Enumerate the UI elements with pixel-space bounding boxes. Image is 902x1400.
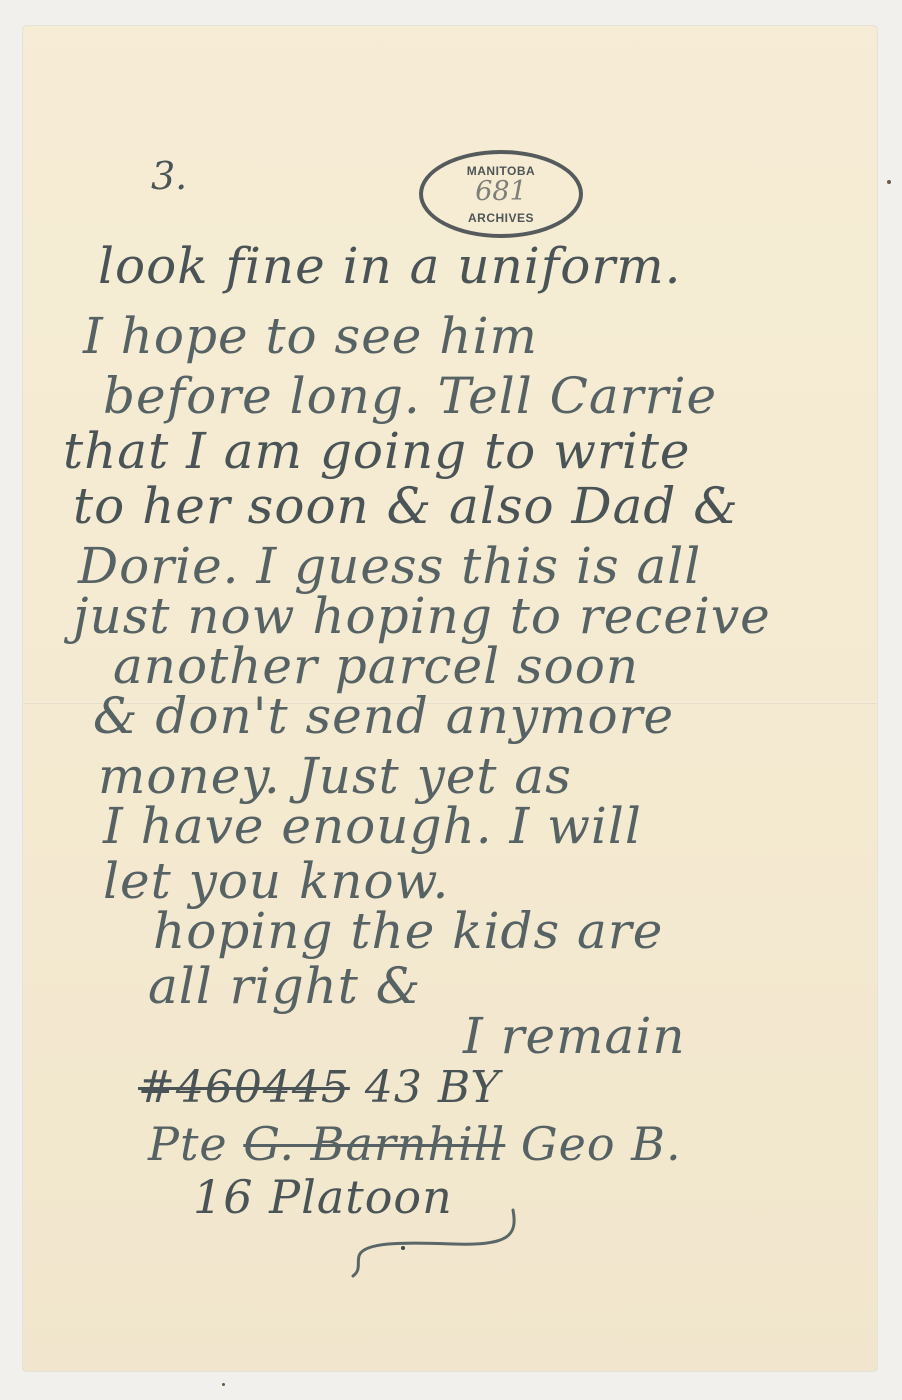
letter-body: look fine in a uniform. I hope to see hi… — [23, 26, 877, 1371]
signature-service-number: #460445 43 BY — [138, 1066, 500, 1110]
letter-closing: I remain — [463, 1011, 686, 1061]
letter-line: I have enough. I will — [103, 801, 642, 851]
ink-dot — [401, 1246, 405, 1250]
letter-line: before long. Tell Carrie — [103, 371, 717, 421]
letter-paper: 3. MANITOBA 681 ARCHIVES look fine in a … — [23, 26, 877, 1371]
unit-note: 43 BY — [365, 1062, 501, 1113]
letter-line: let you know. — [103, 856, 449, 906]
speck-mark — [887, 180, 891, 184]
service-number: #460445 — [138, 1062, 350, 1113]
letter-line: that I am going to write — [63, 426, 691, 476]
letter-line: I hope to see him — [83, 311, 538, 361]
rank-prefix: Pte — [148, 1117, 228, 1171]
letter-line: all right & — [148, 961, 421, 1011]
letter-line: just now hoping to receive — [73, 591, 771, 641]
letter-line: to her soon & also Dad & — [73, 481, 739, 531]
signature-name: Pte G. Barnhill Geo B. — [148, 1121, 682, 1167]
letter-line: another parcel soon — [113, 641, 639, 691]
letter-line: Dorie. I guess this is all — [78, 541, 701, 591]
letter-line: look fine in a uniform. — [98, 241, 682, 291]
speck-mark — [222, 1383, 225, 1386]
letter-line: hoping the kids are — [153, 906, 663, 956]
struck-name: G. Barnhill — [243, 1117, 505, 1171]
name-correction: Geo B. — [521, 1117, 682, 1171]
letter-line: & don't send anymore — [93, 691, 674, 741]
flourish-icon — [343, 1206, 543, 1286]
letter-line: money. Just yet as — [98, 751, 572, 801]
